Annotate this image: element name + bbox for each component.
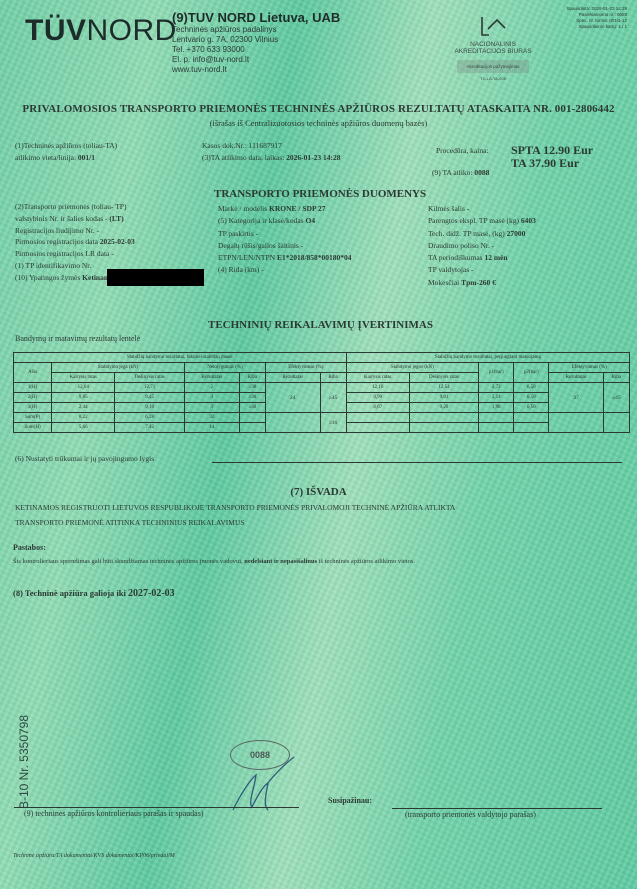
table-row: 1(H)12,6412,712≤30 24≥45 12,1612,542,726… [14, 383, 630, 393]
vehicle-field: TP paskirtis - [218, 228, 352, 240]
company-name: (9)TUV NORD Lietuva, UAB [172, 10, 340, 25]
inspection-date: 2026-01-23 14:28 [286, 153, 340, 162]
vehicle-field: Markė / modelis KRONE / SDP 27 [218, 203, 352, 215]
procedure-prices: SPTA 12.90 Eur TA 37.90 Eur [511, 144, 593, 170]
vehicle-field: TP valdytojas - [428, 264, 536, 276]
vehicle-field: Degalų rūšis/galios šaltinis - [218, 240, 352, 252]
table-row: Sum(P)8,226,2832 ≥16 [14, 413, 630, 423]
vehicle-field: valstybinis Nr. ir šalies kodas - (LT) [15, 213, 149, 225]
vehicle-field: Tech. didž. TP masė, (kg) 27000 [428, 228, 536, 240]
notes-title: Pastabos: [13, 542, 46, 553]
validity-date: 2027-02-03 [128, 588, 175, 599]
procedure-label: Procedūra, kaina: [436, 145, 488, 157]
vehicle-field: Pirmosios registracijos data 2025-02-03 [15, 236, 149, 248]
report-title: PRIVALOMOSIOS TRANSPORTO PRIEMONĖS TECHN… [0, 103, 637, 115]
notes-text: Šis kontrolieriaus sprendimas gali būti … [13, 558, 415, 565]
vehicle-field: TA periodiškumas 12 mėn [428, 252, 536, 264]
accreditation-badge: Akreditacijos pažymėjimas [457, 60, 529, 73]
validity: (8) Techninė apžiūra galioja iki 2027-02… [13, 588, 175, 599]
performed-by: (9) TA atliko: 0088 [432, 167, 489, 179]
inspector-signature [228, 755, 298, 815]
company-block: (9)TUV NORD Lietuva, UAB Techninės apžiū… [172, 10, 340, 75]
accreditation-line1: NACIONALINIS [448, 41, 538, 48]
vehicle-middle-column: Markė / modelis KRONE / SDP 27 (5) Kateg… [218, 203, 352, 277]
defects-line [212, 462, 622, 463]
form-number: B-10 Nr. 5350798 [17, 702, 31, 822]
accreditation-block: NACIONALINIS AKREDITACIJOS BIURAS Akredi… [448, 15, 538, 81]
vehicle-right-column: Kilmės šalis - Parengtos ekspl. TP masė … [428, 203, 536, 289]
accreditation-code: TC-LA-TA-008 [448, 76, 538, 81]
tuv-nord-logo: TÜVNORD [25, 14, 177, 48]
conclusion-line-1: KETINAMOS REGISTRUOTI LIETUVOS RESPUBLIK… [15, 502, 455, 514]
vehicle-field: ETPN/LEN/NTPN E1*2018/858*00180*04 [218, 252, 352, 264]
accreditation-line2: AKREDITACIJOS BIURAS [448, 48, 538, 55]
meta-line: Spausdinimo kartų: 1 / 1 [566, 24, 627, 30]
price-ta: TA 37.90 Eur [511, 157, 593, 170]
vehicle-field: Pirmosios registracijos LR data - [15, 248, 149, 260]
company-line: www.tuv-nord.lt [172, 65, 340, 75]
table-group-left: Stabdžių bandymo rezultatai, faktinei st… [14, 353, 347, 363]
company-line: Tel. +370 633 93000 [172, 45, 340, 55]
conclusion-title: (7) IŠVADA [0, 486, 637, 498]
report-subtitle: (išrašas iš Centralizuotosios techninės … [0, 118, 637, 128]
defects-label: (6) Nustatyti trūkumai ir jų pavojingumo… [15, 453, 154, 465]
vehicle-section-title: TRANSPORTO PRIEMONĖS DUOMENYS [214, 188, 426, 200]
vehicle-field: Draudimo poliso Nr. - [428, 240, 536, 252]
inspector-signature-label: (9) techninės apžiūros kontrolieriaus pa… [24, 808, 204, 819]
receipt-and-date: Kasos dok.Nr.: 111687917 (3)TA atlikimo … [202, 140, 341, 164]
brake-results-table: Stabdžių bandymo rezultatai, faktinei st… [13, 352, 630, 433]
receipt-number: 111687917 [249, 141, 282, 150]
vehicle-field: (4) Rida (km) - [218, 264, 352, 276]
acknowledged-label: Susipažinau: [328, 795, 372, 806]
vehicle-field: Registracijos liudijimo Nr. - [15, 225, 149, 237]
table-caption: Bandymų ir matavimų rezultatų lentelė [15, 333, 140, 344]
signature-icon [228, 755, 298, 815]
table-group-right: Stabdžių bandymo rezultatai, perjungiant… [346, 353, 629, 363]
requirements-title: TECHNINIŲ REIKALAVIMŲ ĮVERTINIMAS [208, 319, 433, 331]
inspection-place-value: 001/1 [78, 153, 95, 162]
vehicle-field: Mokesčiai Tpm-260 € [428, 277, 536, 289]
vehicle-field: (2)Transporto priemonės (toliau- TP) [15, 201, 149, 213]
footer-path: Techninė apžiūra/TA dokumentai/KVS dokum… [13, 853, 175, 859]
conclusion-line-2: TRANSPORTO PRIEMONĖ ATITINKA TECHNINIUS … [15, 517, 245, 529]
owner-signature-label: (transporto priemonės valdytojo parašas) [405, 809, 536, 820]
redacted-vin [107, 269, 204, 286]
company-line: Techninės apžiūros padalinys [172, 25, 340, 35]
vehicle-field: (5) Kategorija ir klasė/kodas O4 [218, 215, 352, 227]
vehicle-field: Kilmės šalis - [428, 203, 536, 215]
print-meta: Spausdinta: 2026-01-23 14:28 Pasiekiamum… [566, 6, 627, 30]
accreditation-logo-icon [479, 15, 507, 37]
company-line: Lentvario g. 7A, 02300 Vilnius [172, 35, 340, 45]
company-line: El. p. info@tuv-nord.lt [172, 55, 340, 65]
vehicle-field: Parengtos ekspl. TP masė (kg) 6403 [428, 215, 536, 227]
inspection-place: (1)Techninės apžiūros (toliau-TA) atliki… [15, 140, 117, 164]
